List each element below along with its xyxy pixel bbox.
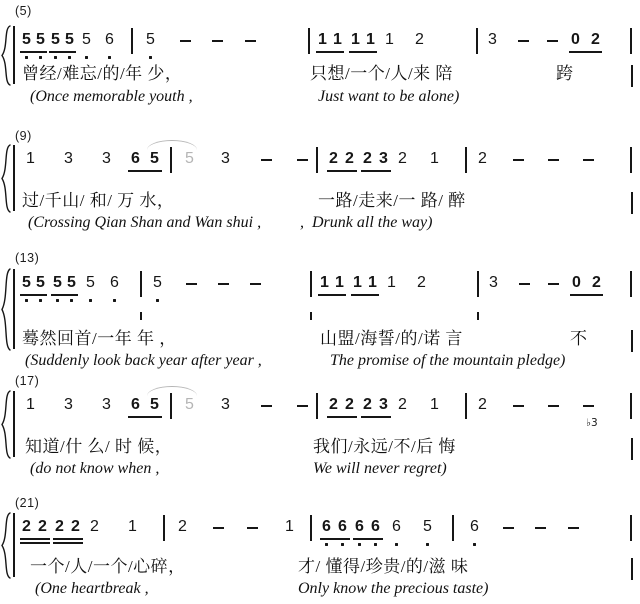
note-number: 5 bbox=[65, 32, 74, 48]
system-barline-left bbox=[13, 26, 15, 84]
note-number: 6 bbox=[131, 151, 140, 167]
note-number: 1 bbox=[320, 275, 329, 291]
lyric-chinese: 一路/走来/一 路/ 醉 bbox=[318, 191, 466, 210]
note-number: 5 bbox=[423, 519, 432, 535]
note-number: 1 bbox=[385, 32, 394, 48]
note-number: 1 bbox=[318, 32, 327, 48]
note-number: 5 bbox=[53, 275, 62, 291]
note-number: 2 bbox=[329, 151, 338, 167]
note-number: 5 bbox=[146, 32, 155, 48]
note-number: 5 bbox=[22, 32, 31, 48]
note-number: 1 bbox=[128, 519, 137, 535]
lyric-chinese: 曾经/难忘/的/年 少， bbox=[22, 64, 182, 83]
lyric-english-translation: We will never regret) bbox=[313, 460, 447, 478]
lyric-english-translation: (Suddenly look back year after year , bbox=[25, 352, 262, 370]
octave-dot bbox=[39, 299, 42, 302]
dash-note bbox=[247, 527, 258, 529]
lyric-english-translation: (One heartbreak , bbox=[35, 580, 149, 598]
dash-note bbox=[297, 159, 308, 161]
beam-underline bbox=[49, 51, 76, 53]
note-number: 6 bbox=[322, 519, 331, 535]
dash-note bbox=[186, 283, 197, 285]
note-number: 5 bbox=[150, 151, 159, 167]
note-number: 1 bbox=[26, 151, 35, 167]
dash-note bbox=[245, 40, 256, 42]
lyric-barline-tick bbox=[140, 312, 142, 320]
lyric-english-translation: (do not know when , bbox=[30, 460, 159, 478]
note-number: 3 bbox=[102, 397, 111, 413]
octave-dot bbox=[325, 543, 328, 546]
lyric-barline-right bbox=[631, 192, 633, 214]
barline bbox=[630, 147, 632, 173]
beam-underline bbox=[318, 294, 346, 296]
dash-note bbox=[548, 405, 559, 407]
note-number: 5 bbox=[185, 397, 194, 413]
note-number: 2 bbox=[398, 151, 407, 167]
note-number: 2 bbox=[478, 397, 487, 413]
octave-dot bbox=[68, 56, 71, 59]
barline bbox=[477, 271, 479, 297]
system-barline-left bbox=[13, 145, 15, 211]
note-number: 5 bbox=[150, 397, 159, 413]
lyric-english-translation: (Once memorable youth , bbox=[30, 88, 193, 106]
beam-underline bbox=[327, 170, 357, 172]
barline bbox=[630, 28, 632, 54]
note-number: 2 bbox=[345, 397, 354, 413]
note-number: 6 bbox=[371, 519, 380, 535]
note-number: 5 bbox=[82, 32, 91, 48]
measure-number-label: (21) bbox=[15, 496, 39, 510]
beam-underline bbox=[349, 51, 377, 53]
note-number: 3 bbox=[379, 151, 388, 167]
note-number: 1 bbox=[351, 32, 360, 48]
note-number: 5 bbox=[36, 275, 45, 291]
barline bbox=[170, 393, 172, 419]
note-number: 1 bbox=[26, 397, 35, 413]
octave-dot bbox=[473, 543, 476, 546]
dash-note bbox=[548, 283, 559, 285]
barline bbox=[452, 515, 454, 541]
lyric-english-translation: Just want to be alone) bbox=[318, 88, 459, 106]
note-number: 6 bbox=[105, 32, 114, 48]
note-number: 3 bbox=[221, 397, 230, 413]
note-number: 1 bbox=[430, 151, 439, 167]
tie-arc bbox=[147, 386, 197, 396]
system-brace bbox=[0, 268, 12, 351]
dash-note bbox=[180, 40, 191, 42]
barline bbox=[465, 393, 467, 419]
octave-dot bbox=[70, 299, 73, 302]
measure-number-label: (13) bbox=[15, 251, 39, 265]
note-number: 5 bbox=[67, 275, 76, 291]
note-number: 2 bbox=[71, 519, 80, 535]
note-number: 5 bbox=[185, 151, 194, 167]
lyric-barline-right bbox=[631, 438, 633, 460]
note-number: 2 bbox=[90, 519, 99, 535]
note-number: 0 bbox=[572, 275, 581, 291]
lyric-english-translation: The promise of the mountain pledge) bbox=[330, 352, 565, 370]
note-number: 3 bbox=[102, 151, 111, 167]
octave-dot bbox=[374, 543, 377, 546]
beam-underline bbox=[128, 416, 162, 418]
note-number: 6 bbox=[355, 519, 364, 535]
beam-underline bbox=[53, 542, 83, 544]
dash-note bbox=[518, 40, 529, 42]
note-number: 1 bbox=[333, 32, 342, 48]
tie-arc bbox=[147, 140, 197, 150]
system-brace bbox=[0, 144, 12, 213]
barline bbox=[308, 28, 310, 54]
dash-note bbox=[503, 527, 514, 529]
beam-underline bbox=[20, 51, 47, 53]
beam-underline bbox=[128, 170, 162, 172]
note-number: 3 bbox=[64, 397, 73, 413]
lyric-chinese: 知道/什 么/ 时 候， bbox=[25, 437, 172, 456]
octave-dot bbox=[56, 299, 59, 302]
note-number: 5 bbox=[22, 275, 31, 291]
lyric-english-translation: Only know the precious taste) bbox=[298, 580, 488, 598]
note-number: 2 bbox=[38, 519, 47, 535]
note-number: 2 bbox=[398, 397, 407, 413]
note-number: 2 bbox=[415, 32, 424, 48]
system-brace bbox=[0, 390, 12, 459]
note-number: 2 bbox=[363, 397, 372, 413]
lyric-barline-tick bbox=[310, 312, 312, 320]
barline bbox=[476, 28, 478, 54]
octave-dot bbox=[358, 543, 361, 546]
dash-note bbox=[583, 159, 594, 161]
note-number: 6 bbox=[110, 275, 119, 291]
octave-dot bbox=[25, 56, 28, 59]
beam-underline bbox=[53, 538, 83, 540]
lyric-chinese: 过/千山/ 和/ 万 水， bbox=[22, 191, 174, 210]
note-number: 2 bbox=[592, 275, 601, 291]
octave-dot bbox=[341, 543, 344, 546]
system-brace bbox=[0, 25, 12, 86]
note-number: 2 bbox=[329, 397, 338, 413]
note-number: 2 bbox=[363, 151, 372, 167]
measure-number-label: (5) bbox=[15, 4, 32, 18]
beam-underline bbox=[316, 51, 344, 53]
numbered-notation-score-sheet: (5)5555565111112302曾经/难忘/的/年 少，只想/一个/人/来… bbox=[0, 0, 640, 604]
dash-note bbox=[513, 159, 524, 161]
octave-dot bbox=[39, 56, 42, 59]
barline bbox=[163, 515, 165, 541]
system-barline-left bbox=[13, 269, 15, 349]
note-number: 6 bbox=[338, 519, 347, 535]
measure-number-label: (9) bbox=[15, 129, 32, 143]
barline bbox=[316, 147, 318, 173]
barline bbox=[465, 147, 467, 173]
lyric-barline-right bbox=[631, 330, 633, 352]
system-brace bbox=[0, 512, 12, 579]
barline bbox=[170, 147, 172, 173]
note-number: 5 bbox=[153, 275, 162, 291]
note-number: 2 bbox=[22, 519, 31, 535]
lyric-barline-right bbox=[631, 558, 633, 580]
octave-dot bbox=[85, 56, 88, 59]
dash-note bbox=[250, 283, 261, 285]
beam-underline bbox=[361, 416, 391, 418]
note-number: 3 bbox=[379, 397, 388, 413]
note-number: 6 bbox=[470, 519, 479, 535]
measure-number-label: (17) bbox=[15, 374, 39, 388]
note-number: 5 bbox=[86, 275, 95, 291]
octave-dot bbox=[113, 299, 116, 302]
lyric-chinese: 不 bbox=[570, 329, 588, 348]
lyric-english-translation: (Crossing Qian Shan and Wan shui , bbox=[28, 214, 261, 232]
lyric-barline-right bbox=[631, 65, 633, 87]
note-number: 2 bbox=[178, 519, 187, 535]
dash-note bbox=[212, 40, 223, 42]
beam-underline bbox=[20, 294, 47, 296]
octave-dot bbox=[54, 56, 57, 59]
octave-dot bbox=[25, 299, 28, 302]
dash-note bbox=[213, 527, 224, 529]
dash-note bbox=[519, 283, 530, 285]
note-number: 1 bbox=[285, 519, 294, 535]
beam-underline bbox=[570, 294, 603, 296]
lyric-barline-tick bbox=[477, 312, 479, 320]
barline bbox=[310, 271, 312, 297]
beam-underline bbox=[20, 538, 50, 540]
dash-note bbox=[513, 405, 524, 407]
note-number: 6 bbox=[392, 519, 401, 535]
note-number: 3 bbox=[488, 32, 497, 48]
dash-note bbox=[261, 159, 272, 161]
note-number: 1 bbox=[387, 275, 396, 291]
lyric-english-translation: , Drunk all the way) bbox=[300, 214, 432, 232]
dash-note bbox=[547, 40, 558, 42]
octave-dot bbox=[89, 299, 92, 302]
note-number: 2 bbox=[591, 32, 600, 48]
note-number: 5 bbox=[36, 32, 45, 48]
beam-underline bbox=[20, 542, 50, 544]
barline bbox=[630, 271, 632, 297]
note-number: 3 bbox=[221, 151, 230, 167]
note-number: 1 bbox=[335, 275, 344, 291]
note-number: 2 bbox=[478, 151, 487, 167]
barline bbox=[310, 515, 312, 541]
beam-underline bbox=[327, 416, 357, 418]
octave-dot bbox=[108, 56, 111, 59]
dash-note bbox=[218, 283, 229, 285]
octave-dot bbox=[156, 299, 159, 302]
dash-note bbox=[261, 405, 272, 407]
octave-dot bbox=[426, 543, 429, 546]
note-number: 2 bbox=[417, 275, 426, 291]
lyric-chinese: 一个/人/一个/心碎， bbox=[30, 557, 186, 576]
note-number: 2 bbox=[55, 519, 64, 535]
dash-note bbox=[568, 527, 579, 529]
system-barline-left bbox=[13, 391, 15, 457]
note-number: 0 bbox=[571, 32, 580, 48]
note-number: 1 bbox=[368, 275, 377, 291]
lyric-chinese: 只想/一个/人/来 陪 bbox=[310, 64, 453, 83]
note-number: 3 bbox=[489, 275, 498, 291]
barline bbox=[131, 28, 133, 54]
note-number: 1 bbox=[430, 397, 439, 413]
lyric-chinese: 才/ 懂得/珍贵/的/滋 味 bbox=[298, 557, 468, 576]
octave-dot bbox=[395, 543, 398, 546]
beam-underline bbox=[361, 170, 391, 172]
lyric-chinese: 我们/永远/不/后 悔 bbox=[313, 437, 456, 456]
dash-note bbox=[548, 159, 559, 161]
beam-underline bbox=[320, 538, 350, 540]
barline bbox=[316, 393, 318, 419]
dash-note bbox=[297, 405, 308, 407]
system-barline-left bbox=[13, 513, 15, 577]
flat-three-annotation: ♭3 bbox=[586, 418, 598, 428]
barline bbox=[630, 393, 632, 419]
beam-underline bbox=[353, 538, 383, 540]
beam-underline bbox=[569, 51, 602, 53]
note-number: 1 bbox=[353, 275, 362, 291]
note-number: 1 bbox=[366, 32, 375, 48]
dash-note bbox=[583, 405, 594, 407]
barline bbox=[630, 515, 632, 541]
note-number: 5 bbox=[51, 32, 60, 48]
octave-dot bbox=[149, 56, 152, 59]
note-number: 6 bbox=[131, 397, 140, 413]
lyric-chinese: 山盟/海誓/的/诺 言 bbox=[320, 329, 463, 348]
lyric-chinese: 跨 bbox=[556, 64, 574, 83]
dash-note bbox=[535, 527, 546, 529]
barline bbox=[140, 271, 142, 297]
note-number: 3 bbox=[64, 151, 73, 167]
lyric-chinese: 蓦然回首/一年 年 ， bbox=[22, 329, 177, 348]
beam-underline bbox=[51, 294, 78, 296]
beam-underline bbox=[351, 294, 379, 296]
note-number: 2 bbox=[345, 151, 354, 167]
